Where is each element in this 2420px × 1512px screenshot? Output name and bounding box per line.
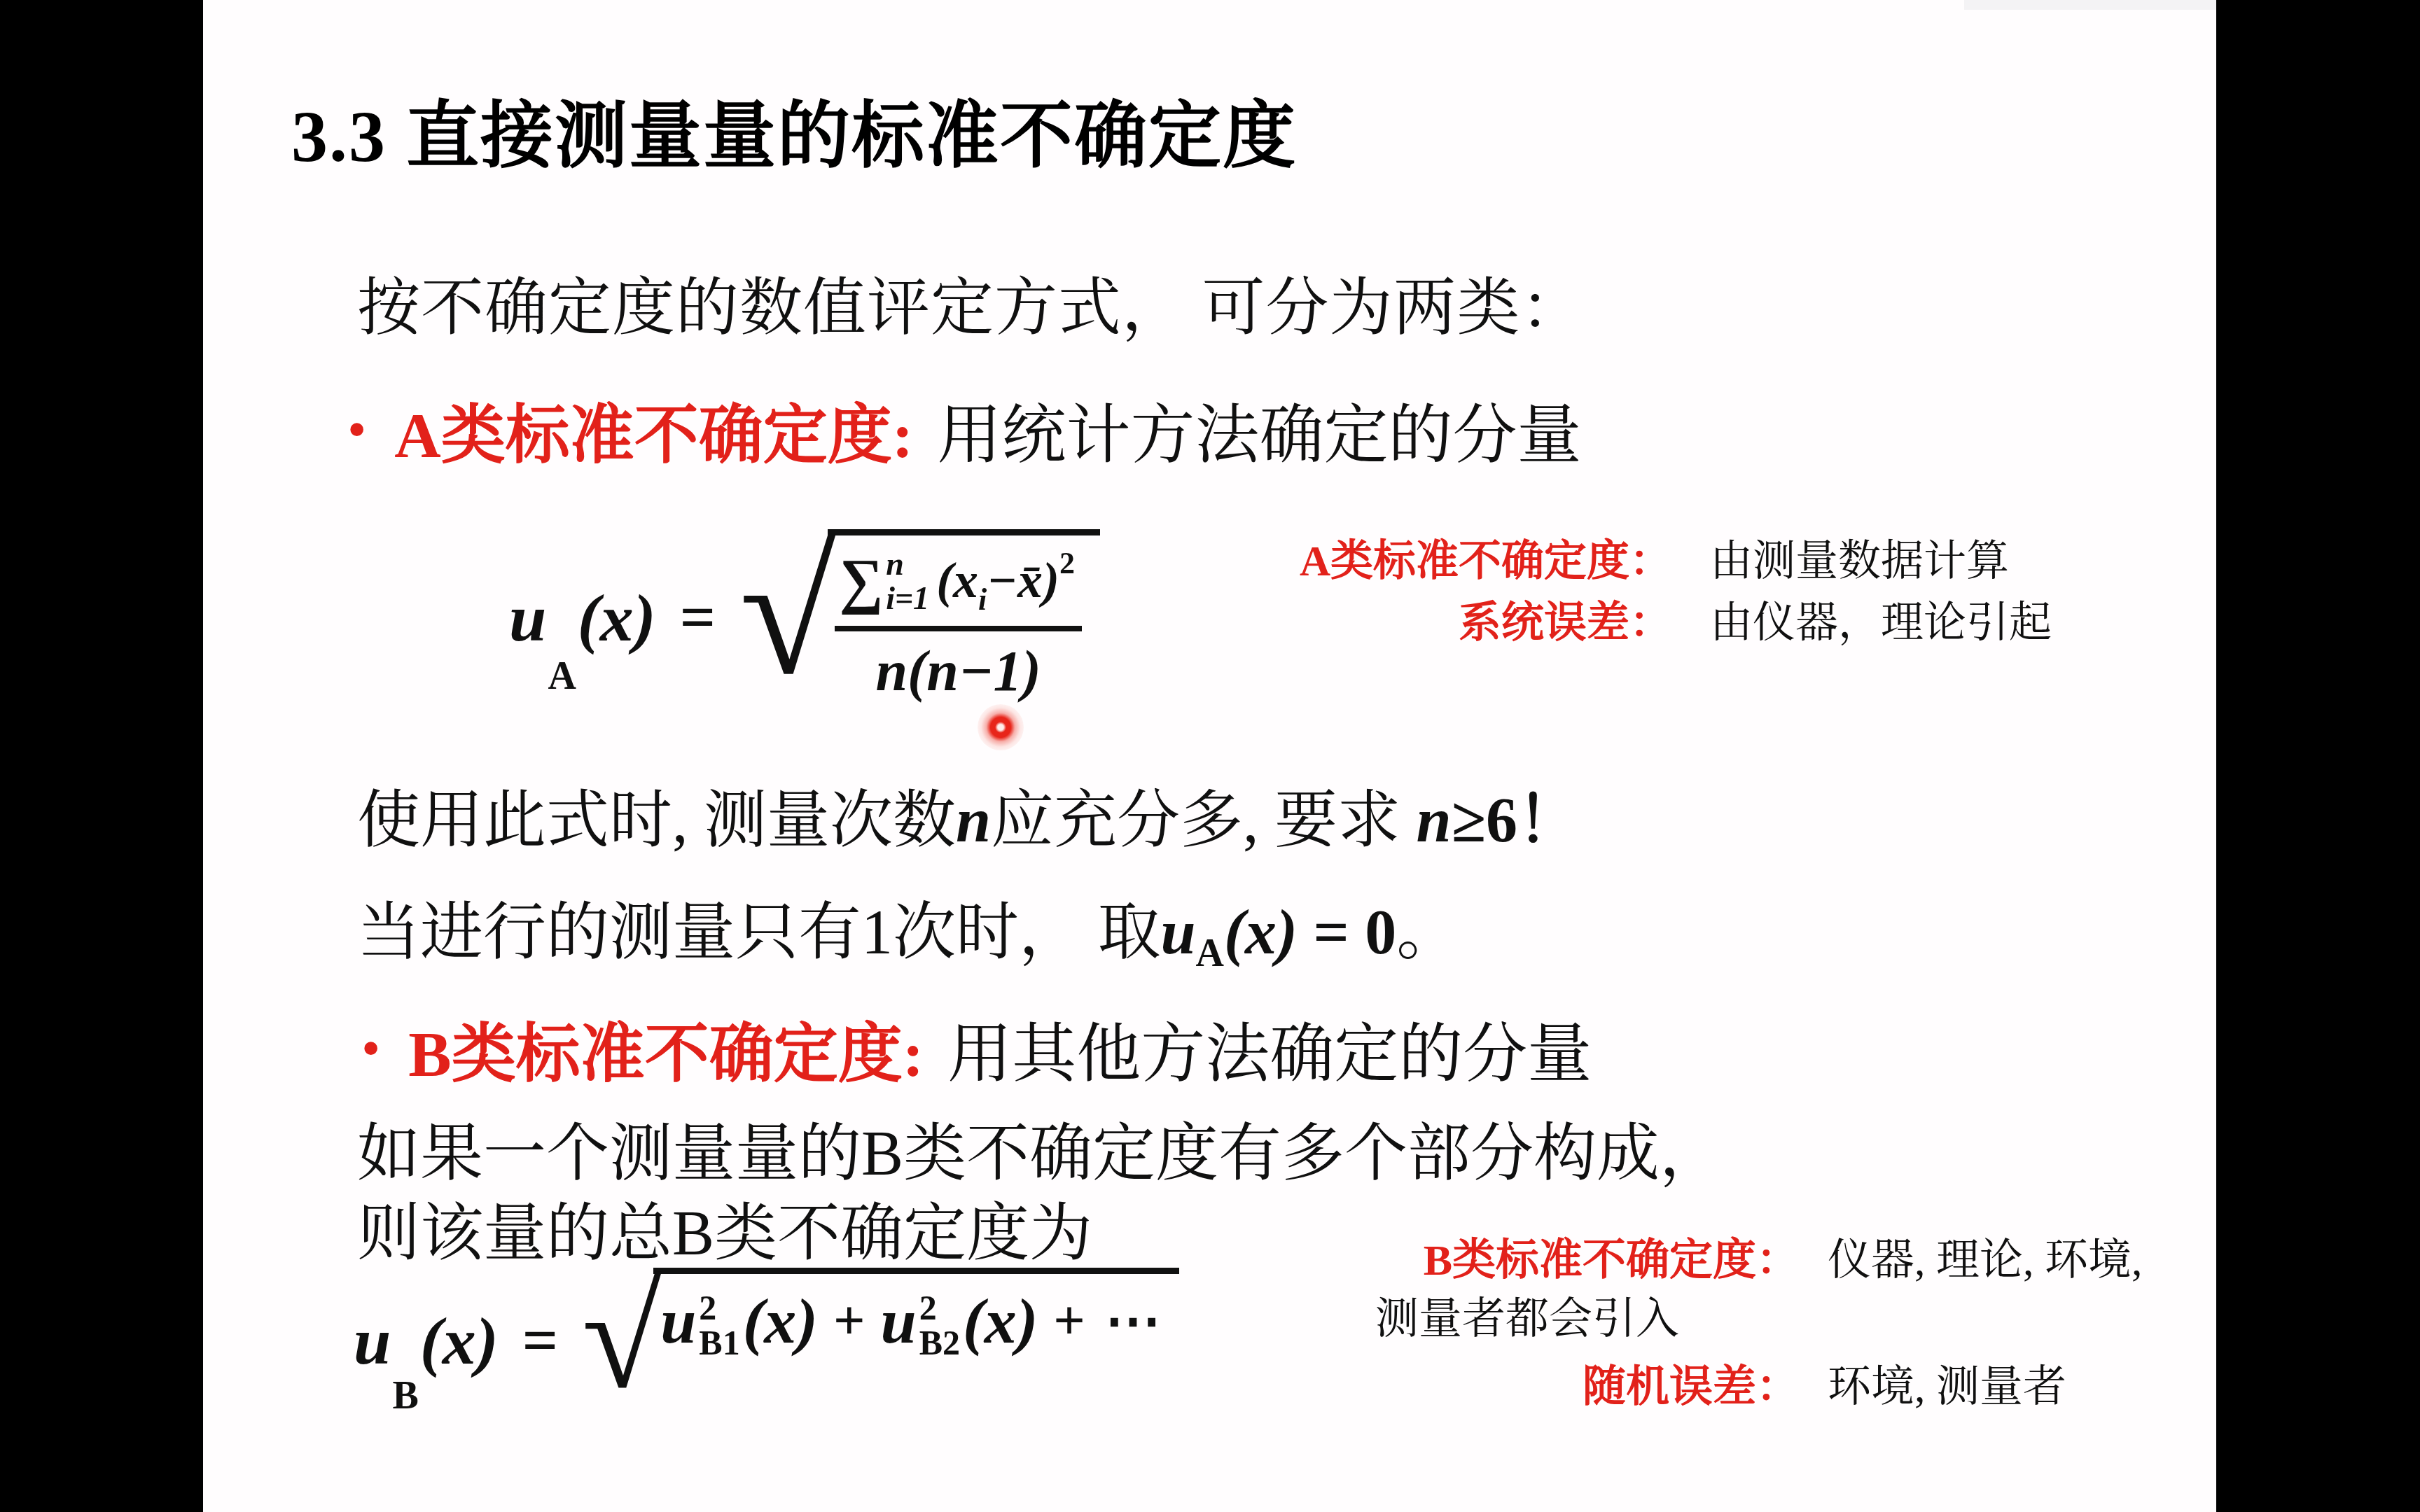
page-title: 3.3 直接测量量的标准不确定度 xyxy=(291,77,1297,182)
formula-ub: uB(x) = √ u 2B1 (x) + u 2B2 (x) + ⋯ xyxy=(354,1253,1179,1428)
denominator-expression: n(n−1) xyxy=(875,631,1041,704)
fraction: ∑ n i=1 (xi−x̄)2 n(n−1) xyxy=(835,545,1082,704)
bullet-item-type-b: • B类标准不确定度: 用其他方法确定的分量 xyxy=(361,1002,1592,1095)
note-a-value-1: 由测量数据计算 xyxy=(1710,536,2052,588)
bullet-b-label: B类标准不确定度: xyxy=(408,1002,924,1095)
top-right-strip xyxy=(1964,0,2216,10)
ua-symbol: u xyxy=(509,579,546,657)
note-b-label-2: 随机误差： xyxy=(1375,1361,1800,1413)
note-b-value-1: 仪器, 理论, 环境, xyxy=(1828,1235,2143,1287)
formula-ua: uA(x) = √ ∑ n i=1 (xi−x̄)2 n(n−1) xyxy=(509,526,1100,708)
bullet-icon: • xyxy=(347,402,366,457)
line-n-requirement: 使用此式时, 测量次数n应充分多, 要求 n≥6！ xyxy=(357,769,1580,860)
laser-pointer-dot xyxy=(978,704,1024,750)
sigma-icon: ∑ xyxy=(839,551,883,612)
bullet-a-label: A类标准不确定度: xyxy=(394,384,913,476)
line-single-measurement: 当进行的测量只有1次时， 取uA(x) = 0。 xyxy=(357,881,1459,976)
note-a-label-1: A类标准不确定度： xyxy=(1244,536,1672,588)
plus-sign: + xyxy=(1053,1289,1085,1353)
var-u: u xyxy=(1161,898,1196,967)
radical-icon: √ xyxy=(582,1265,662,1410)
ub-subscript: B xyxy=(392,1373,418,1418)
term-ub1: u 2B1 (x) xyxy=(660,1284,818,1358)
var-u-subscript: A xyxy=(1196,932,1224,975)
note-a-label-2: 系统误差： xyxy=(1244,598,1672,650)
note-type-b: B类标准不确定度： 仪器, 理论, 环境, 测量者都会引入 随机误差： 环境, … xyxy=(1375,1235,2143,1413)
lecture-slide: 3.3 直接测量量的标准不确定度 按不确定度的数值评定方式， 可分为两类： • … xyxy=(203,0,2216,1512)
ua-subscript: A xyxy=(548,654,576,699)
ellipsis: ⋯ xyxy=(1105,1288,1161,1354)
sigma-upper-limit: n xyxy=(886,547,929,581)
var-n: n xyxy=(1417,786,1452,855)
note-b-label-1: B类标准不确定度： xyxy=(1375,1235,1800,1287)
note-b-value-2: 环境, 测量者 xyxy=(1828,1361,2143,1413)
equals-sign: = xyxy=(522,1305,558,1377)
bullet-icon: • xyxy=(361,1021,380,1076)
radical-icon: √ xyxy=(739,525,836,701)
square-root: √ u 2B1 (x) + u 2B2 (x) + ⋯ xyxy=(582,1268,1179,1413)
ub-argument: (x) xyxy=(420,1302,499,1380)
ub-symbol: u xyxy=(354,1302,391,1380)
sigma-lower-limit: i=1 xyxy=(886,582,929,615)
note-type-a: A类标准不确定度： 由测量数据计算 系统误差： 由仪器，理论引起 xyxy=(1244,536,2052,650)
ua-argument: (x) xyxy=(578,579,656,657)
bullet-item-type-a: • A类标准不确定度: 用统计方法确定的分量 xyxy=(347,384,1581,476)
var-n: n xyxy=(956,786,991,855)
bullet-a-text: 用统计方法确定的分量 xyxy=(937,384,1581,476)
equals-sign: = xyxy=(680,582,716,654)
numerator-expression: (xi−x̄)2 xyxy=(936,545,1075,617)
plus-sign: + xyxy=(833,1289,865,1353)
square-root: √ ∑ n i=1 (xi−x̄)2 n(n−1) xyxy=(739,529,1100,706)
note-b-continuation: 测量者都会引入 xyxy=(1375,1294,2143,1345)
intro-text: 按不确定度的数值评定方式， 可分为两类： xyxy=(357,256,1585,347)
term-ub2: u 2B2 (x) xyxy=(881,1284,1038,1358)
note-a-value-2: 由仪器，理论引起 xyxy=(1710,598,2052,650)
para-b-line-1: 如果一个测量量的B类不确定度有多个部分构成， xyxy=(357,1102,1723,1193)
bullet-b-text: 用其他方法确定的分量 xyxy=(947,1002,1592,1095)
